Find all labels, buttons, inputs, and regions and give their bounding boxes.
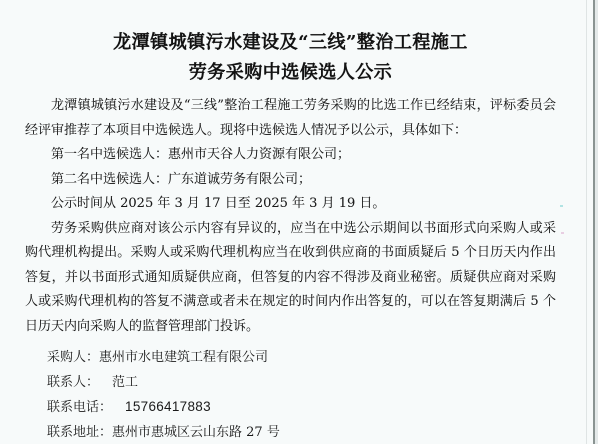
page-edge-faint-line (586, 0, 587, 444)
purchaser-value: 惠州市水电建筑工程有限公司 (99, 350, 268, 365)
scan-speck (561, 232, 564, 234)
purchaser-row: 采购人：惠州市水电建筑工程有限公司 (47, 346, 556, 371)
document-title: 龙潭镇城镇污水建设及“三线”整治工程施工 劳务采购中选候选人公示 (25, 28, 556, 88)
publicity-period-line: 公示时间从 2025 年 3 月 17 日至 2025 年 3 月 19 日。 (25, 192, 556, 217)
notice-document: 龙潭镇城镇污水建设及“三线”整治工程施工 劳务采购中选候选人公示 龙潭镇城镇污水… (25, 28, 556, 444)
second-candidate-line: 第二名中选候选人：广东道诚劳务有限公司； (25, 168, 556, 193)
first-candidate-line: 第一名中选候选人：惠州市天谷人力资源有限公司； (25, 143, 556, 168)
title-line-2: 劳务采购中选候选人公示 (25, 58, 556, 88)
scan-speck (560, 205, 563, 207)
address-row: 联系地址：惠州市惠城区云山东路 27 号 (47, 421, 556, 444)
scanned-notice-page: { "document": { "title": { "line1": "龙潭镇… (0, 0, 598, 444)
phone-label: 联系电话： (47, 400, 112, 415)
address-label: 联系地址： (47, 425, 112, 440)
phone-row: 联系电话：15766417883 (47, 395, 556, 421)
document-body: 龙潭镇城镇污水建设及“三线”整治工程施工劳务采购的比选工作已经结束，评标委员会经… (25, 94, 556, 339)
phone-value: 15766417883 (125, 399, 211, 414)
address-value: 惠州市惠城区云山东路 27 号 (112, 425, 280, 440)
contact-person-row: 联系人：范工 (47, 371, 556, 396)
title-line-1: 龙潭镇城镇污水建设及“三线”整治工程施工 (25, 28, 556, 58)
contact-person-label: 联系人： (47, 375, 99, 390)
contact-person-value: 范工 (112, 375, 138, 390)
purchaser-label: 采购人： (47, 350, 99, 365)
objection-paragraph: 劳务采购供应商对该公示内容有异议的，应当在中选公示期间以书面形式向采购人或采购代… (25, 217, 556, 340)
intro-paragraph: 龙潭镇城镇污水建设及“三线”整治工程施工劳务采购的比选工作已经结束，评标委员会经… (25, 94, 556, 143)
contact-block: 采购人：惠州市水电建筑工程有限公司 联系人：范工 联系电话：1576641788… (25, 346, 556, 444)
